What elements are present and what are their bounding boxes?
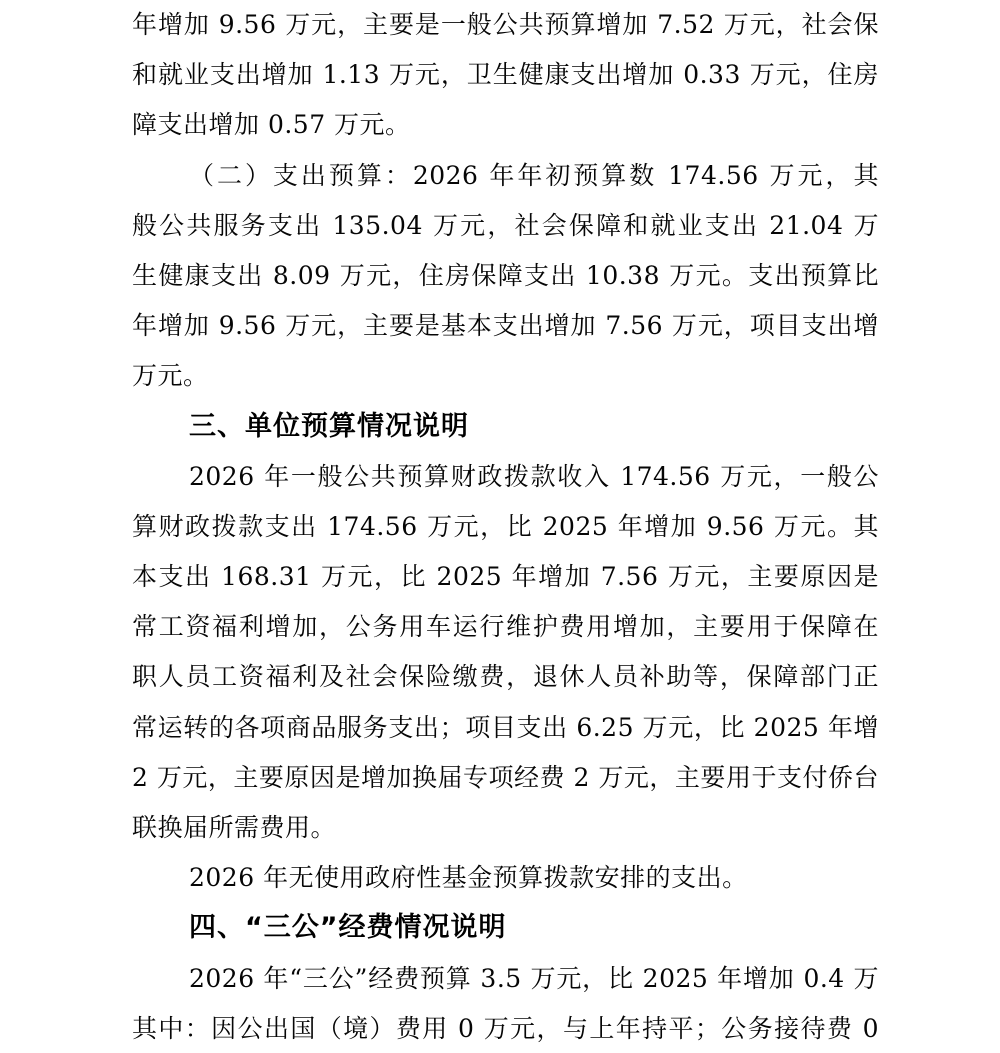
text-line: 本支出 168.31 万元，比 2025 年增加 7.56 万元，主要原因是人员… bbox=[132, 552, 879, 602]
text-line: 其中：因公出国（境）费用 0 万元，与上年持平；公务接待费 0 万 bbox=[132, 1004, 879, 1053]
text-line: 般公共服务支出 135.04 万元，社会保障和就业支出 21.04 万元，卫 bbox=[132, 201, 879, 251]
budget-document-page: 年增加 9.56 万元，主要是一般公共预算增加 7.52 万元，社会保障和就业支… bbox=[0, 0, 1000, 1053]
text-line: 算财政拨款支出 174.56 万元，比 2025 年增加 9.56 万元。其中：… bbox=[132, 502, 879, 552]
text-line: 2026 年无使用政府性基金预算拨款安排的支出。 bbox=[132, 853, 879, 903]
text-line: 常工资福利增加，公务用车运行维护费用增加，主要用于保障在 bbox=[132, 602, 879, 652]
section-heading: 三、单位预算情况说明 bbox=[132, 402, 879, 452]
text-line: 万元。 bbox=[132, 351, 879, 401]
text-line: 2 万元，主要原因是增加换届专项经费 2 万元，主要用于支付侨台 bbox=[132, 753, 879, 803]
document-body: 年增加 9.56 万元，主要是一般公共预算增加 7.52 万元，社会保障和就业支… bbox=[132, 0, 879, 1053]
text-line: 年增加 9.56 万元，主要是基本支出增加 7.56 万元，项目支出增加 2 bbox=[132, 301, 879, 351]
text-line: 生健康支出 8.09 万元，住房保障支出 10.38 万元。支出预算比 2025 bbox=[132, 251, 879, 301]
text-line: 2026 年“三公”经费预算 3.5 万元，比 2025 年增加 0.4 万元。 bbox=[132, 954, 879, 1004]
section-heading: 四、“三公”经费情况说明 bbox=[132, 903, 879, 953]
text-line: 和就业支出增加 1.13 万元，卫生健康支出增加 0.33 万元，住房保 bbox=[132, 50, 879, 100]
text-line: （二）支出预算：2026 年年初预算数 174.56 万元，其中：一 bbox=[132, 151, 879, 201]
text-line: 常运转的各项商品服务支出；项目支出 6.25 万元，比 2025 年增加 bbox=[132, 703, 879, 753]
text-line: 障支出增加 0.57 万元。 bbox=[132, 100, 879, 150]
text-line: 2026 年一般公共预算财政拨款收入 174.56 万元，一般公共预 bbox=[132, 452, 879, 502]
text-line: 年增加 9.56 万元，主要是一般公共预算增加 7.52 万元，社会保障 bbox=[132, 0, 879, 50]
text-line: 职人员工资福利及社会保险缴费，退休人员补助等，保障部门正 bbox=[132, 652, 879, 702]
text-line: 联换届所需费用。 bbox=[132, 803, 879, 853]
